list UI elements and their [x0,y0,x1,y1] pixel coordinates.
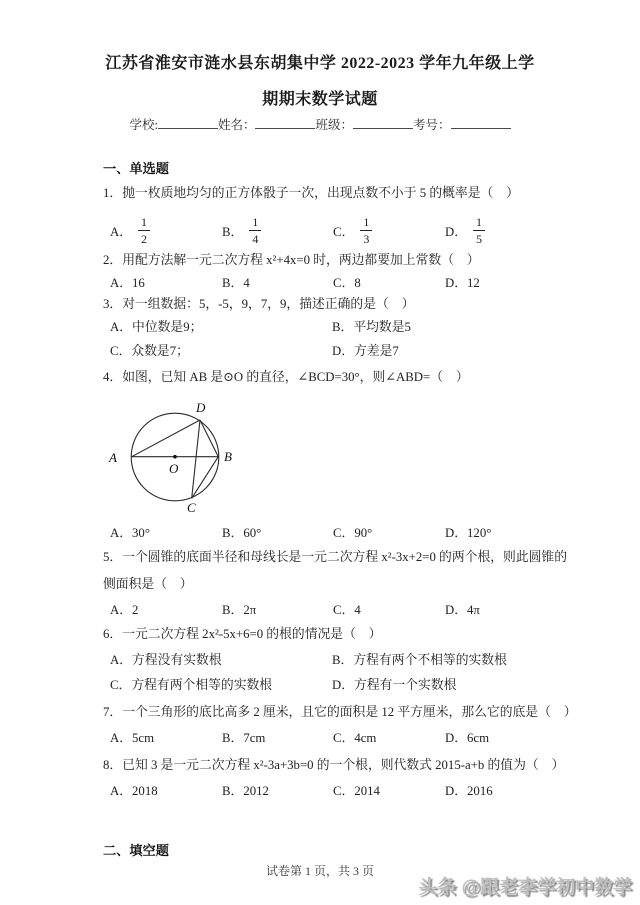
option-cell: D．4π [445,603,563,617]
exam-title: 江苏省淮安市涟水县东胡集中学 2022-2023 学年九年级上学 期期末数学试题 [0,0,640,118]
question-5-line1: 5．一个圆锥的底面半径和母线长是一元二次方程 x²-3x+2=0 的两个根，则此… [103,544,563,571]
question-3-text: 3．对一组数据：5，-5，9，7，9，描述正确的是（ ） [103,297,563,311]
question-1-text: 1．抛一枚质地均匀的正方体骰子一次，出现点数不小于 5 的概率是（ ） [103,186,563,200]
question-6-options-row1: A．方程没有实数根 B．方程有两个不相等的实数根 [103,653,563,667]
question-5-options: A．2 B．2π C．4 D．4π [103,603,563,617]
option-cell: D．方程有一个实数根 [332,678,563,692]
fraction: 15 [473,216,485,245]
question-7-options: A．5cm B．7cm C．4cm D．6cm [103,731,563,745]
question-6-options-row2: C．方程有两个相等的实数根 D．方程有一个实数根 [103,678,563,692]
option-cell: A．16 [110,276,222,290]
question-8-text: 8．已知 3 是一元二次方程 x²-3a+3b=0 的一个根，则代数式 2015… [103,758,563,772]
option-cell: B．14 [222,216,333,245]
circle-figure: A B C D O [107,398,563,515]
label-c: C [187,500,196,515]
label-o: O [169,461,179,476]
option-cell: B．60° [222,526,333,540]
option-cell: D．2016 [445,784,563,798]
option-cell: C．13 [333,216,445,245]
name-field-label: 姓名： [218,118,256,132]
option-cell: B．方程有两个不相等的实数根 [332,653,563,667]
option-cell: B．2π [222,603,333,617]
label-b: B [224,449,232,464]
question-3-options-row2: C．众数是7； D．方差是7 [103,344,563,358]
option-cell: A．2 [110,603,222,617]
chord-db [200,420,218,457]
option-cell: A．12 [110,216,222,245]
student-info-line: 学校:姓名：班级：考号： [0,118,640,132]
question-2-text: 2．用配方法解一元二次方程 x²+4x=0 时，两边都要加上常数（ ） [103,253,563,267]
question-5-text: 5．一个圆锥的底面半径和母线长是一元二次方程 x²-3x+2=0 的两个根，则此… [103,544,563,598]
fraction: 12 [138,216,150,245]
exam-title-line1: 江苏省淮安市涟水县东胡集中学 2022-2023 学年九年级上学 [0,46,640,82]
examno-field-label: 考号： [413,118,451,132]
option-cell: C．众数是7； [110,344,332,358]
option-cell: C．2014 [333,784,445,798]
question-5-line2: 侧面积是（ ） [103,571,563,598]
option-cell: C．90° [333,526,445,540]
option-cell: D．120° [445,526,563,540]
class-blank-line [353,118,413,129]
examno-blank-line [451,118,511,129]
option-cell: C．4cm [333,731,445,745]
center-point [173,455,177,459]
option-cell: A．5cm [110,731,222,745]
option-cell: D．12 [445,276,563,290]
circle-diagram-svg: A B C D O [107,398,257,515]
label-d: D [195,400,206,415]
option-cell: A．中位数是9； [110,320,332,334]
watermark: 头条 @跟老李学初中数学 [418,872,632,899]
question-7-text: 7．一个三角形的底比高多 2 厘米，且它的面积是 12 平方厘米，那么它的底是（… [103,705,563,719]
option-cell: B．4 [222,276,333,290]
option-cell: D．15 [445,216,563,245]
option-cell: C．8 [333,276,445,290]
option-cell: A．2018 [110,784,222,798]
chord-ad [132,420,200,457]
school-blank-line [158,118,218,129]
question-4-options: A．30° B．60° C．90° D．120° [103,526,563,540]
exam-page: 江苏省淮安市涟水县东胡集中学 2022-2023 学年九年级上学 期期末数学试题… [0,0,640,905]
section-heading-choice: 一、单选题 [103,162,563,176]
class-field-label: 班级： [315,118,353,132]
school-field-label: 学校: [129,118,157,132]
fraction: 14 [249,216,261,245]
section-heading-fill-blank: 二、填空题 [103,844,563,858]
label-a: A [108,450,117,465]
option-cell: D．6cm [445,731,563,745]
question-6-text: 6．一元二次方程 2x²-5x+6=0 的根的情况是（ ） [103,627,563,641]
option-cell: B．7cm [222,731,333,745]
option-cell: A．30° [110,526,222,540]
option-cell: B．2012 [222,784,333,798]
exam-body: 一、单选题 1．抛一枚质地均匀的正方体骰子一次，出现点数不小于 5 的概率是（ … [103,162,563,858]
option-cell: B．平均数是5 [332,320,563,334]
option-cell: C．4 [333,603,445,617]
option-cell: C．方程有两个相等的实数根 [110,678,332,692]
question-8-options: A．2018 B．2012 C．2014 D．2016 [103,784,563,798]
question-2-options: A．16 B．4 C．8 D．12 [103,276,563,290]
name-blank-line [255,118,315,129]
exam-title-line2: 期期末数学试题 [0,82,640,118]
fraction: 13 [360,216,372,245]
option-cell: A．方程没有实数根 [110,653,332,667]
question-1-options: A．12 B．14 C．13 D．15 [103,212,563,248]
question-4-text: 4．如图，已知 AB 是⊙O 的直径，∠BCD=30°，则∠ABD=（ ） [103,370,563,384]
question-3-options-row1: A．中位数是9； B．平均数是5 [103,320,563,334]
option-cell: D．方差是7 [332,344,563,358]
